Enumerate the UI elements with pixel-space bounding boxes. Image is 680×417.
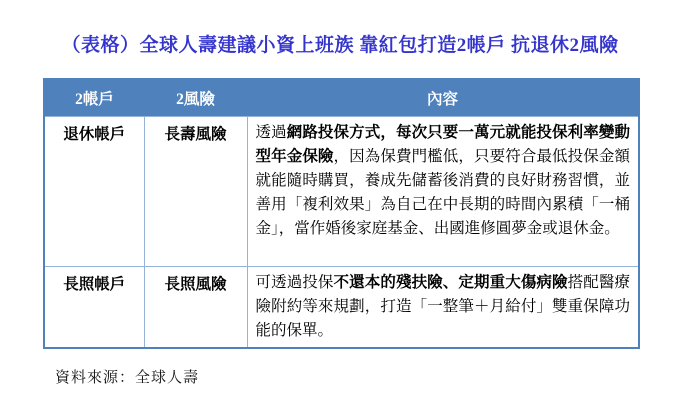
content-cell: 可透過投保不還本的殘扶險、定期重大傷病險搭配醫療險附約等來規劃，打造「一整筆＋月… xyxy=(247,266,639,348)
risk-cell: 長照風險 xyxy=(144,266,247,348)
content-cell: 透過網路投保方式，每次只要一萬元就能投保利率變動型年金保險，因為保費門檻低，只要… xyxy=(247,116,639,266)
source-note: 資料來源：全球人壽 xyxy=(55,366,680,387)
column-header-risks: 2風險 xyxy=(144,79,247,116)
account-cell: 長照帳戶 xyxy=(44,266,144,348)
account-cell: 退休帳戶 xyxy=(44,116,144,266)
risk-cell: 長壽風險 xyxy=(144,116,247,266)
table-header-row: 2帳戶 2風險 內容 xyxy=(44,79,639,116)
column-header-content: 內容 xyxy=(247,79,639,116)
table-row: 長照帳戶 長照風險 可透過投保不還本的殘扶險、定期重大傷病險搭配醫療險附約等來規… xyxy=(44,266,639,348)
info-table: 2帳戶 2風險 內容 退休帳戶 長壽風險 透過網路投保方式，每次只要一萬元就能投… xyxy=(43,78,640,349)
column-header-accounts: 2帳戶 xyxy=(44,79,144,116)
page-title: （表格）全球人壽建議小資上班族 靠紅包打造2帳戶 抗退休2風險 xyxy=(0,0,680,57)
table-row: 退休帳戶 長壽風險 透過網路投保方式，每次只要一萬元就能投保利率變動型年金保險，… xyxy=(44,116,639,266)
document-page: （表格）全球人壽建議小資上班族 靠紅包打造2帳戶 抗退休2風險 2帳戶 2風險 … xyxy=(0,0,680,417)
